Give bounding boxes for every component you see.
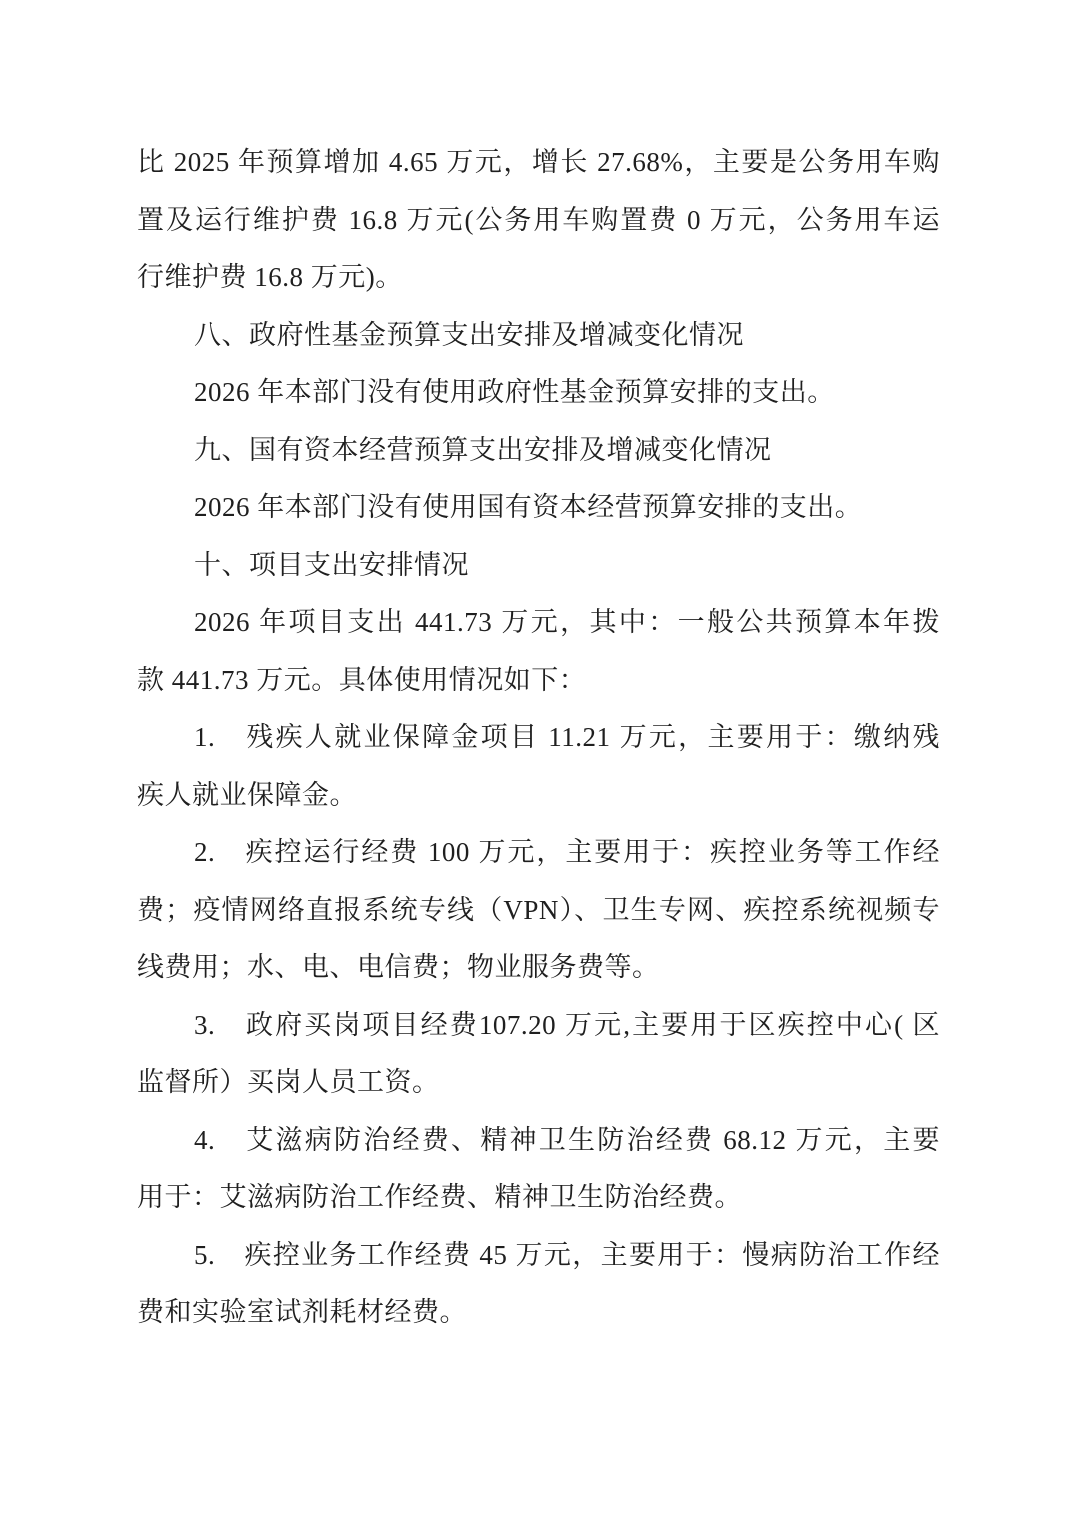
section-heading-eight: 八、政府性基金预算支出安排及增减变化情况 [137, 307, 940, 365]
list-item-1-line: 1. 残疾人就业保障金项目 11.21 万元，主要用于：缴纳残 [137, 709, 940, 767]
document-page: 比 2025 年预算增加 4.65 万元，增长 27.68%，主要是公务用车购 … [0, 0, 1074, 1520]
document-text-block: 比 2025 年预算增加 4.65 万元，增长 27.68%，主要是公务用车购 … [137, 134, 940, 1342]
paragraph-project-expenditure-line: 2026 年项目支出 441.73 万元，其中：一般公共预算本年拨 [137, 594, 940, 652]
section-heading-ten: 十、项目支出安排情况 [137, 537, 940, 595]
list-item-2-line: 线费用；水、电、电信费；物业服务费等。 [137, 939, 940, 997]
list-item-2-line: 费；疫情网络直报系统专线（VPN）、卫生专网、疾控系统视频专 [137, 882, 940, 940]
list-item-5-line: 费和实验室试剂耗材经费。 [137, 1284, 940, 1342]
section-heading-nine: 九、国有资本经营预算支出安排及增减变化情况 [137, 422, 940, 480]
list-item-4-line: 4. 艾滋病防治经费、精神卫生防治经费 68.12 万元，主要 [137, 1112, 940, 1170]
paragraph-vehicle-budget-line: 置及运行维护费 16.8 万元(公务用车购置费 0 万元，公务用车运 [137, 192, 940, 250]
paragraph-govt-fund-line: 2026 年本部门没有使用政府性基金预算安排的支出。 [137, 364, 940, 422]
paragraph-vehicle-budget-line: 行维护费 16.8 万元)。 [137, 249, 940, 307]
list-item-3-line: 监督所）买岗人员工资。 [137, 1054, 940, 1112]
list-item-4-line: 用于：艾滋病防治工作经费、精神卫生防治经费。 [137, 1169, 940, 1227]
paragraph-vehicle-budget-line: 比 2025 年预算增加 4.65 万元，增长 27.68%，主要是公务用车购 [137, 134, 940, 192]
paragraph-project-expenditure-line: 款 441.73 万元。具体使用情况如下： [137, 652, 940, 710]
list-item-5-line: 5. 疾控业务工作经费 45 万元，主要用于：慢病防治工作经 [137, 1227, 940, 1285]
list-item-2-line: 2. 疾控运行经费 100 万元，主要用于：疾控业务等工作经 [137, 824, 940, 882]
list-item-3-line: 3. 政府买岗项目经费107.20 万元,主要用于区疾控中心( 区 [137, 997, 940, 1055]
paragraph-state-capital-line: 2026 年本部门没有使用国有资本经营预算安排的支出。 [137, 479, 940, 537]
list-item-1-line: 疾人就业保障金。 [137, 767, 940, 825]
